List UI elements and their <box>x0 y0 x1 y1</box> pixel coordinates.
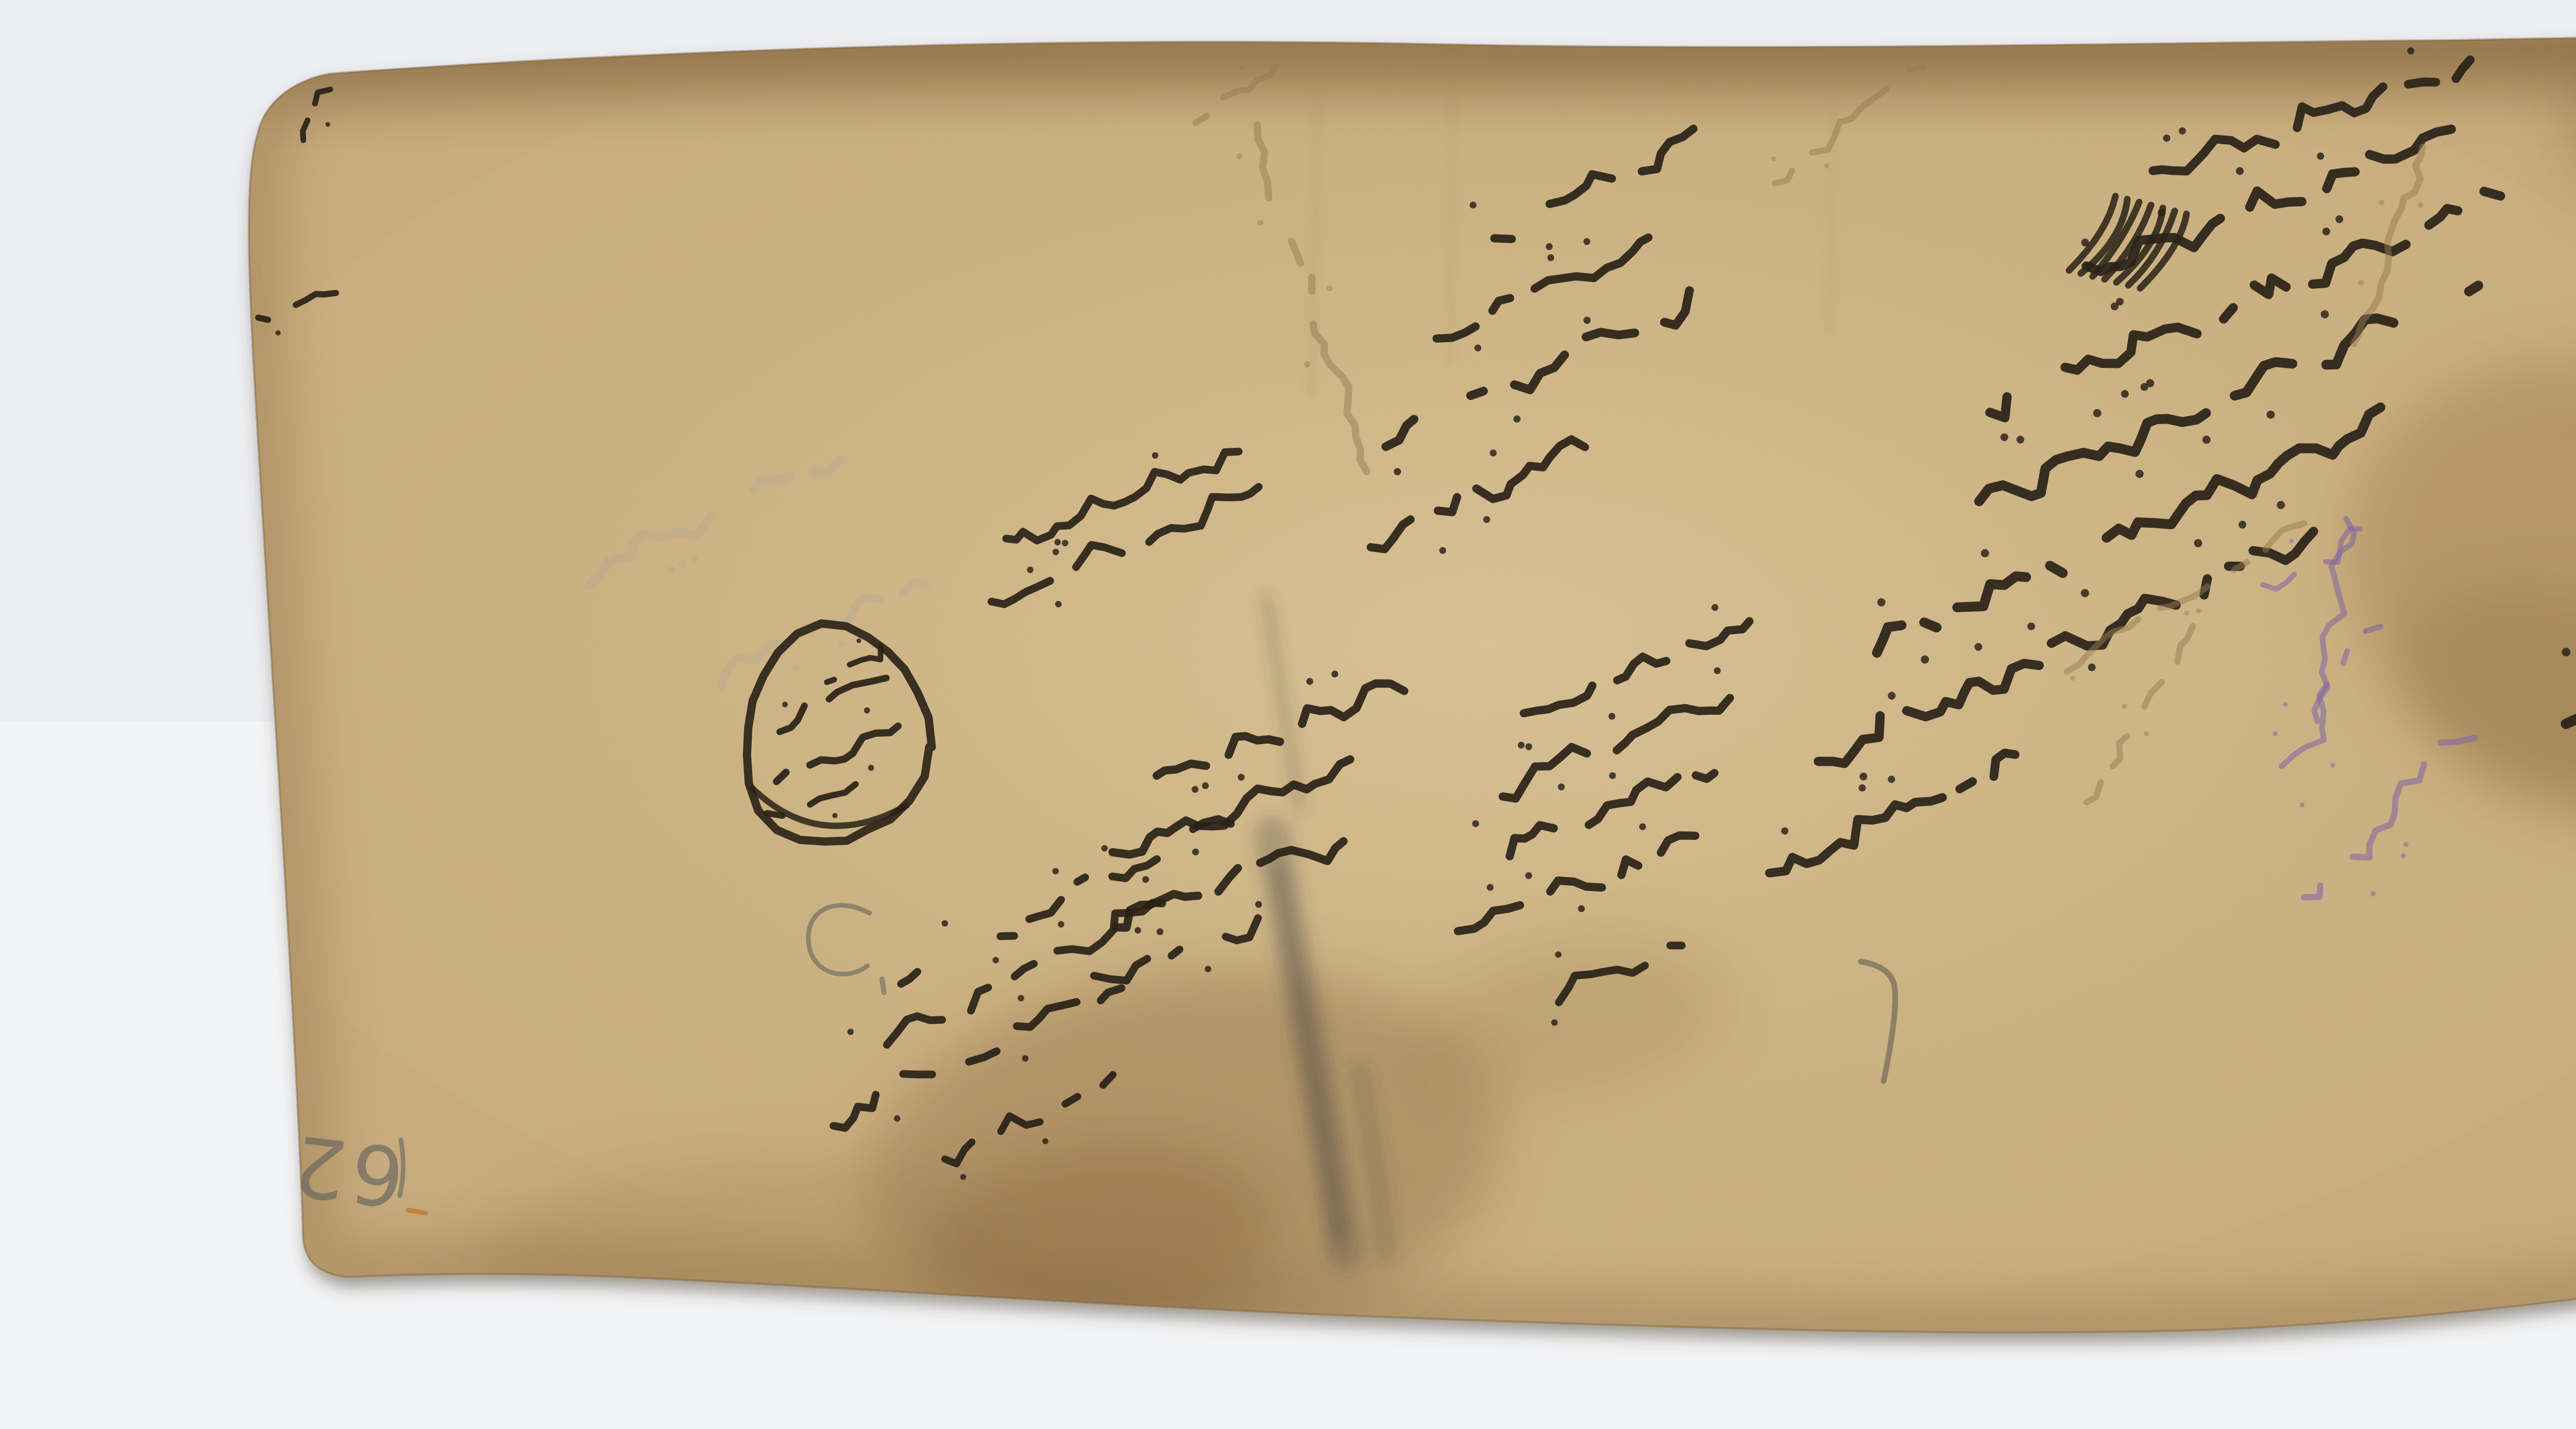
scanned-manuscript-page: 62 <box>0 0 2576 1429</box>
paper-grain-texture <box>222 21 2576 1360</box>
scan-canvas: 62 <box>0 0 2576 1429</box>
manuscript-page: 62 <box>129 0 2576 1388</box>
